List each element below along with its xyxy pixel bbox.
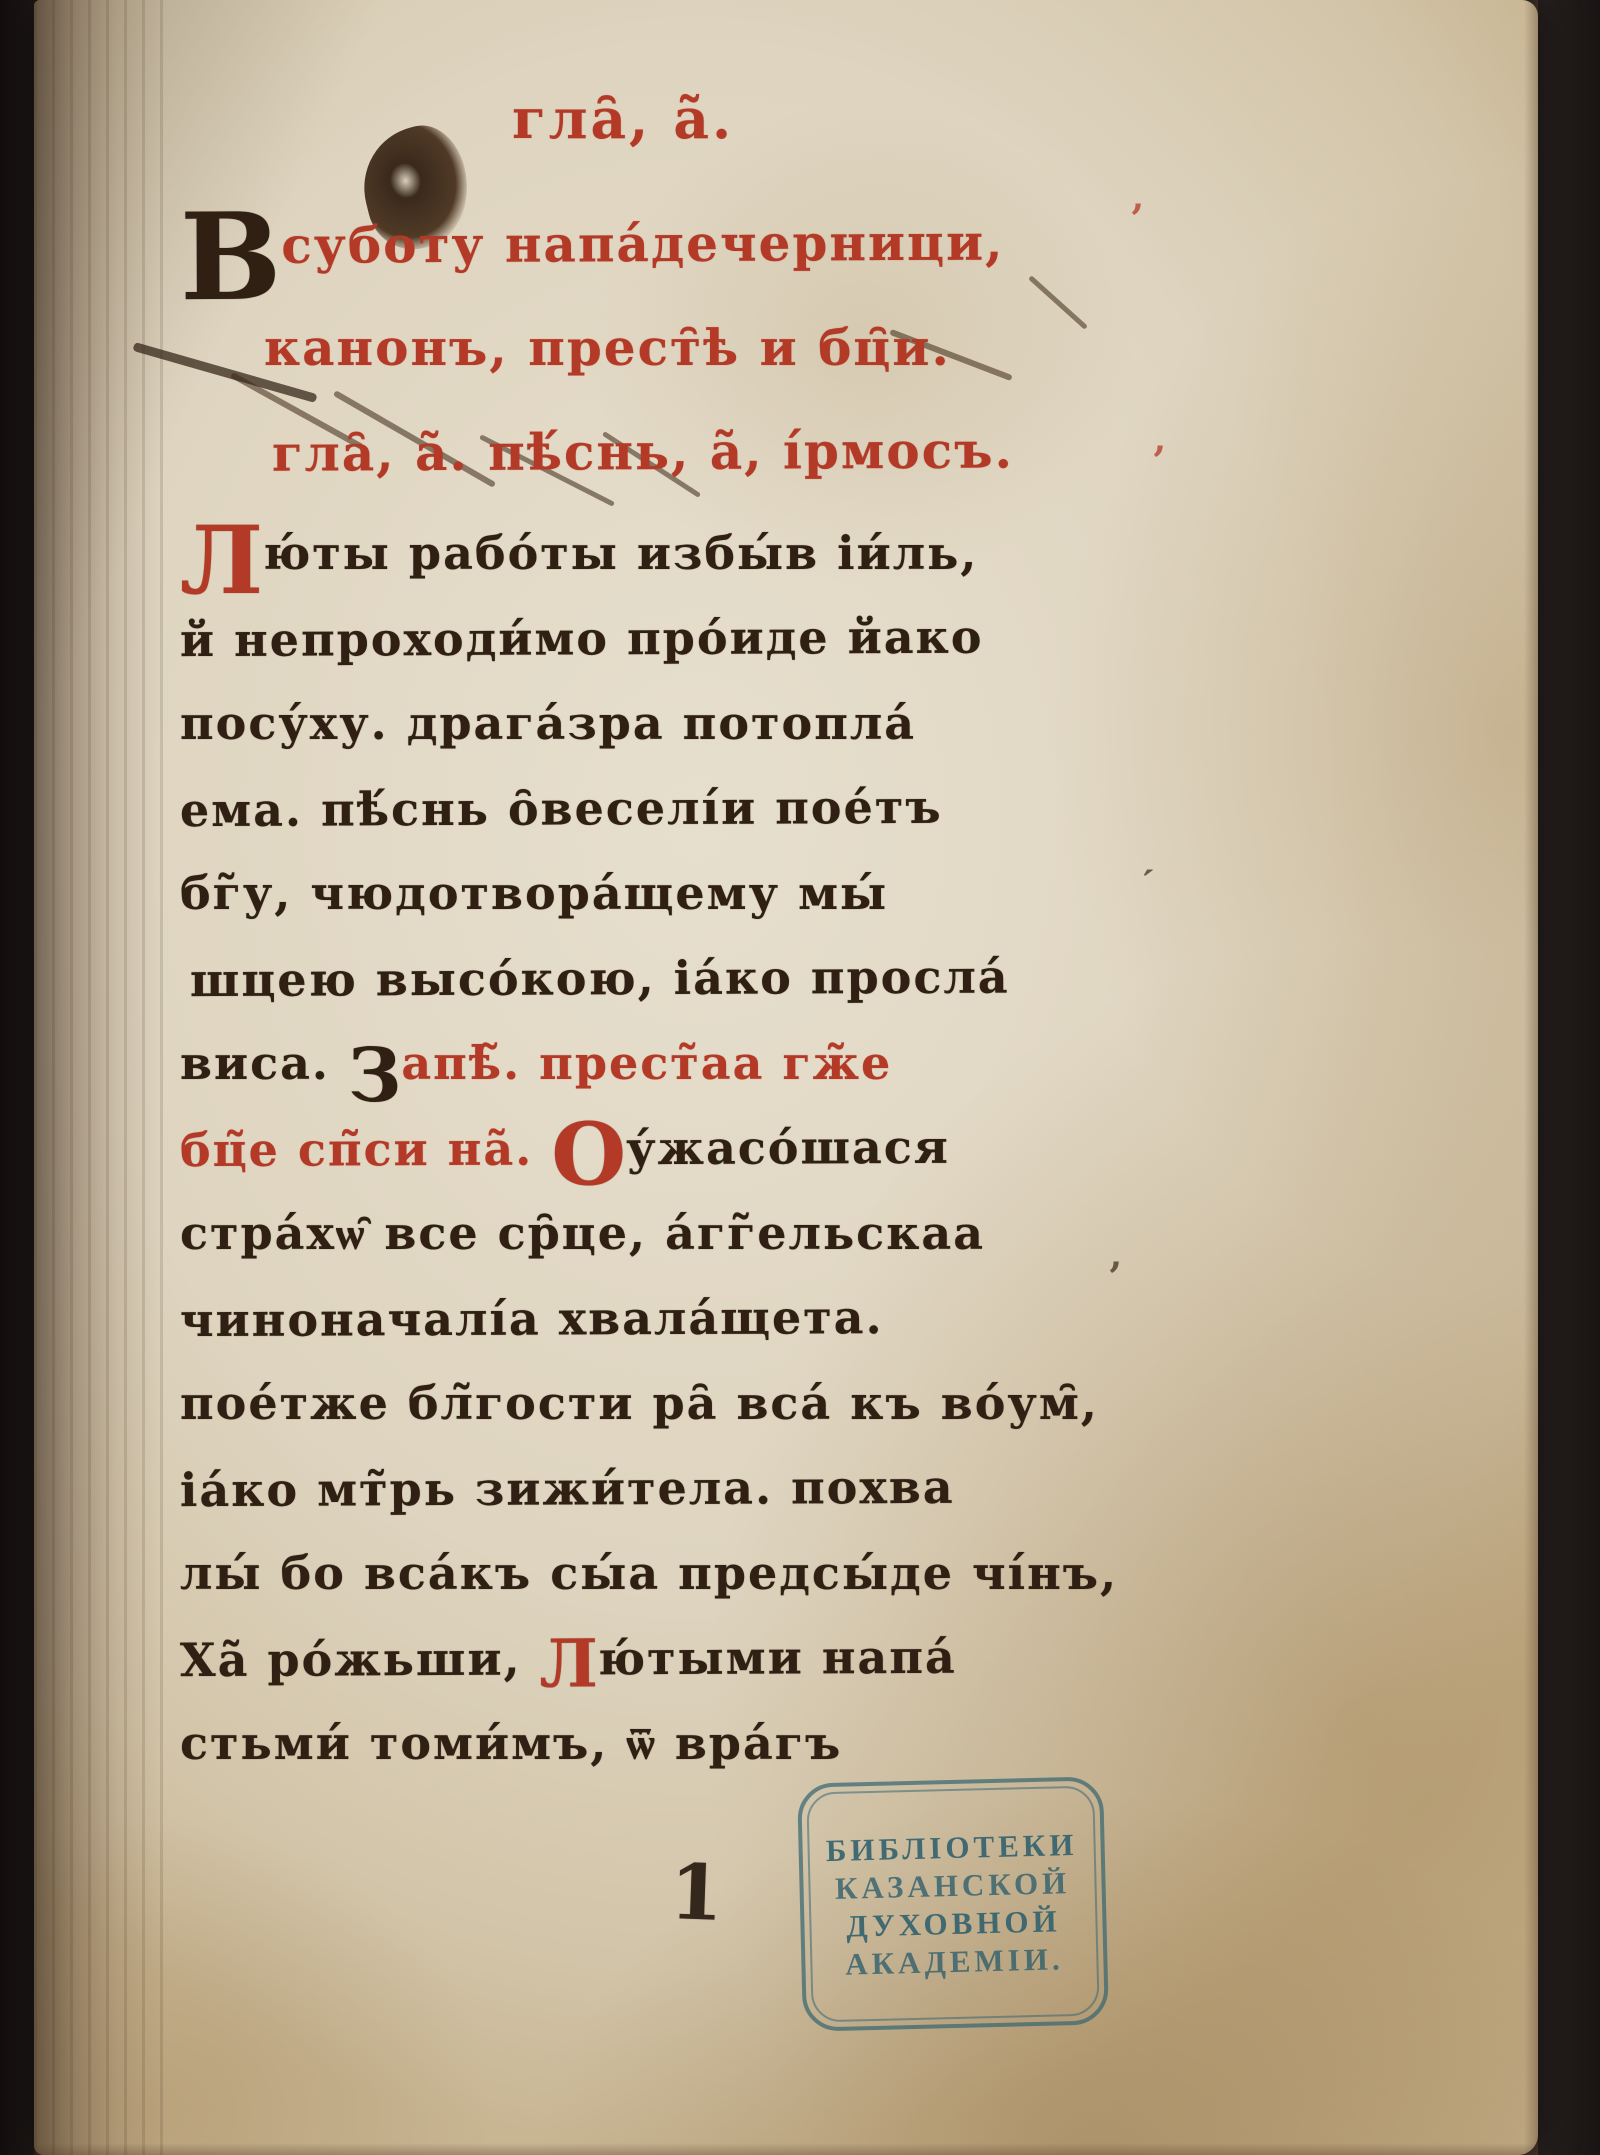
text-line: шцею высо́кою, іа́ко просла́ [180, 949, 1180, 1038]
text-line: Ха̃ ро́жьши, Лю́тыми напа́ [180, 1629, 1180, 1718]
ink-text: Ха̃ ро́жьши, [180, 1632, 540, 1688]
ink-text: ю́тыми напа́ [598, 1630, 957, 1686]
manuscript-page: гла̑, а̃. Всуботу напа́дечерници,канонъ,… [34, 0, 1538, 2155]
text-block: Всуботу напа́дечерници,канонъ, прест̑ѣ и… [180, 214, 1180, 1801]
marginal-mark: ˏ [1142, 830, 1155, 877]
marginal-mark: ’ [1152, 438, 1166, 485]
ink-text: іа́ко мт̃рь зижи́тела. похва [180, 1460, 955, 1517]
text-line: канонъ, прест̑ѣ и бц̑и. [180, 318, 1180, 422]
rubric-text: бц̃е сп̃си на̃. [180, 1122, 552, 1178]
ink-text: виса. [180, 1036, 348, 1090]
rubric-text: апѣ̃. [401, 1036, 539, 1090]
rubric-text: О [551, 1104, 626, 1205]
rubric-text: Л [539, 1624, 598, 1702]
chapter-heading: гла̑, а̃. [512, 86, 734, 151]
rubric-text: прест̃аа гж̃е [539, 1036, 892, 1090]
manuscript-photo: гла̑, а̃. Всуботу напа́дечерници,канонъ,… [0, 0, 1600, 2155]
ink-text: стра́хѡ̑ все ср̑це, а́гг̃ельскаа [180, 1206, 985, 1260]
rubric-text: гла̑, а̃. пѣ́снь, а̃, і́рмосъ. [272, 421, 1014, 483]
rubric-text: канонъ, прест̑ѣ и бц̑и. [264, 318, 951, 377]
library-stamp: БИБЛІОТЕКИКАЗАНСКОЙДУХОВНОЙАКАДЕМІИ. [797, 1776, 1109, 2031]
text-line: виса. Запѣ̃. прест̃аа гж̃е [180, 1036, 1180, 1121]
text-line: чиноначалі́а хвала́щета. [180, 1289, 1180, 1378]
text-line: Всуботу напа́дечерници, [180, 212, 1180, 320]
text-line: ема. пѣ́снь о̑веселі́и пое́тъ [180, 779, 1180, 868]
page-edge-right [1524, 0, 1538, 2155]
ink-text: З [348, 1033, 401, 1119]
binding-spine-shadow [34, 0, 164, 2155]
library-stamp-inner-border [806, 1786, 1100, 2023]
ink-text: стьми́ томи́мъ, ѿ вра́гъ [180, 1716, 842, 1770]
text-line: стра́хѡ̑ все ср̑це, а́гг̃ельскаа [180, 1206, 1180, 1291]
text-line: іа́ко мт̃рь зижи́тела. похва [180, 1459, 1180, 1548]
ink-text: посу́ху. драга́зра потопла́ [180, 696, 916, 750]
text-line: лы́ бо вса́къ сы́а предсы́де чі́нъ, [180, 1546, 1180, 1631]
text-line: й непроходи́мо про́иде йако [180, 609, 1180, 698]
ink-text: й непроходи́мо про́иде йако [180, 610, 984, 668]
rubric-text: суботу напа́дечерници, [281, 213, 1004, 275]
text-line: бг̃у, чюдотвора́щему мы́ [180, 866, 1180, 951]
page-edge-bottom [34, 2143, 1538, 2155]
text-line: гла̑, а̃. пѣ́снь, а̃, і́рмосъ. [180, 420, 1180, 528]
text-line: пое́тже бл̃гости ра̑ вса́ къ во́ум̑, [180, 1376, 1180, 1461]
ink-text: шцею высо́кою, іа́ко просла́ [190, 950, 1010, 1008]
ink-text: пое́тже бл̃гости ра̑ вса́ къ во́ум̑, [180, 1376, 1099, 1430]
marginal-mark: ’ [1130, 196, 1144, 243]
marginal-mark: ’ [1108, 1254, 1122, 1301]
text-line: посу́ху. драга́зра потопла́ [180, 696, 1180, 781]
ink-text: чиноначалі́а хвала́щета. [180, 1290, 884, 1347]
ink-text: В [180, 187, 282, 328]
folio-number: 1 [668, 1847, 724, 1938]
text-line: бц̃е сп̃си на̃. Оу́жасо́шася [180, 1119, 1180, 1208]
ink-text: у́жасо́шася [626, 1120, 950, 1175]
ink-text: лы́ бо вса́къ сы́а предсы́де чі́нъ, [180, 1546, 1118, 1600]
text-line: Лю́ты рабо́ты избы́в іи́ль, [180, 526, 1180, 611]
ink-text: ю́ты рабо́ты избы́в іи́ль, [263, 526, 978, 580]
ink-text: ема. пѣ́снь о̑веселі́и пое́тъ [180, 780, 943, 837]
ink-text: бг̃у, чюдотвора́щему мы́ [180, 866, 888, 920]
